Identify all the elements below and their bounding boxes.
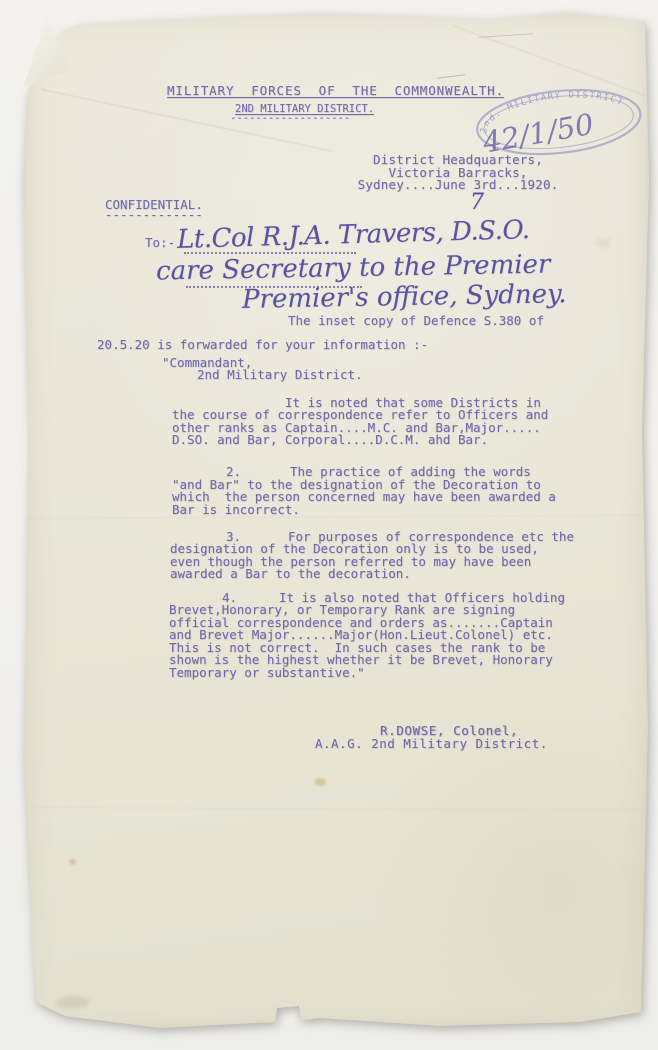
scanned-letter-page: 2nd. MILITARY DISTRICT 42/1/50 MILITARY … bbox=[0, 0, 658, 1050]
crease-lower bbox=[24, 806, 644, 810]
para-2-line: Bar is incorrect. bbox=[172, 504, 300, 517]
intro-line-1: The inset copy of Defence S.380 of bbox=[288, 315, 544, 328]
stain-bottom-edge bbox=[56, 996, 90, 1008]
classification-rule: ------------- bbox=[105, 209, 203, 222]
org-rule: ------------------- bbox=[230, 113, 350, 124]
signature-title-line: A.A.G. 2nd Military District. bbox=[315, 738, 548, 751]
quote-salutation-2: 2nd Military District. bbox=[197, 369, 363, 382]
para-3-line: awarded a Bar to the decoration. bbox=[170, 568, 411, 581]
org-line-1: MILITARY FORCES OF THE COMMONWEALTH. bbox=[167, 85, 504, 98]
stain-spot-1 bbox=[315, 778, 326, 786]
handwritten-addressee-office: Premier's office, Sydney. bbox=[242, 279, 567, 315]
para-4-line: Temporary or substantive." bbox=[169, 667, 365, 680]
para-1-line: D.SO. and Bar, Corporal....D.C.M. ahd Ba… bbox=[172, 434, 488, 447]
intro-line-2: 20.5.20 is forwarded for your informatio… bbox=[97, 339, 428, 352]
handwritten-numeral-7: 7 bbox=[470, 190, 484, 215]
stain-spot-3 bbox=[595, 238, 611, 248]
stain-spot-2 bbox=[69, 859, 76, 865]
to-label: To:- bbox=[145, 237, 175, 250]
crease-middle bbox=[24, 514, 642, 519]
address-line: Sydney....June 3rd...1920. bbox=[350, 179, 566, 192]
address-date-block: District Headquarters, Victoria Barracks… bbox=[350, 154, 566, 192]
